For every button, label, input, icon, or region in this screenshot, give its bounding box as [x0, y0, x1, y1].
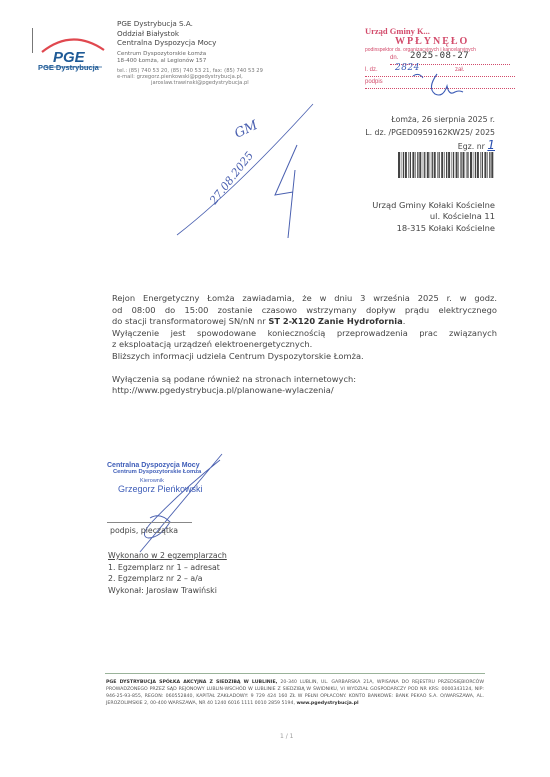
stamp-signature-icon [425, 70, 465, 100]
body-line-1: Rejon Energetyczny Łomża zawiadamia, że … [112, 293, 497, 305]
footer-company: PGE DYSTRYBUCJA SPÓŁKA AKCYJNA Z SIEDZIB… [106, 680, 277, 685]
copy-number: Egz. nr 1 [365, 139, 495, 153]
sender-branch: Oddział Białystok [117, 29, 263, 39]
copies-title: Wykonano w 2 egzemplarzach [108, 550, 227, 562]
copy-item: 1. Egzemplarz nr 1 – adresat [108, 562, 227, 574]
document-meta: Łomża, 26 sierpnia 2025 r. L. dz. /PGED0… [365, 113, 495, 153]
body-line-3-end: . [403, 316, 406, 326]
stamp-date-value: 2025-08-27 [410, 51, 469, 61]
sender-company: PGE Dystrybucja S.A. [117, 19, 263, 29]
signature-line [107, 522, 192, 523]
handwritten-note-icon: GM 27.08.2025 [175, 100, 315, 270]
outage-link[interactable]: http://www.pgedystrybucja.pl/planowane-w… [112, 385, 497, 397]
body-line-3: do stacji transformatorowej SN/nN nr ST … [112, 316, 497, 328]
stamp-sign-label: podpis [365, 79, 383, 85]
page-number: 1 / 1 [280, 733, 293, 740]
svg-text:GM: GM [232, 118, 260, 142]
body-line-7: Wyłączenia są podane również na stronach… [112, 374, 497, 386]
copy-label: Egz. nr [458, 142, 485, 151]
body-line-2: od 08:00 do 15:00 zostanie czasowo wstrz… [112, 305, 497, 317]
handwritten-signature-icon [120, 452, 230, 562]
margin-mark [32, 28, 33, 53]
footer-legal: PGE DYSTRYBUCJA SPÓŁKA AKCYJNA Z SIEDZIB… [106, 679, 484, 707]
stamp-status: WPŁYNĘŁO [395, 36, 540, 47]
footer-divider [105, 673, 485, 674]
stamp-ref-label: l. dz. [365, 67, 378, 73]
footer-site: www.pgedystrybucja.pl [296, 701, 358, 706]
addressee-city: 18-315 Kołaki Kościelne [372, 223, 495, 234]
barcode-icon [398, 152, 494, 178]
stamp-ref-value: 2824 [395, 63, 420, 73]
reference-number: L. dz. /PGED0959162KW25/ 2025 [365, 126, 495, 139]
copy-item: 2. Egzemplarz nr 2 – a/a [108, 573, 227, 585]
addressee-block: Urząd Gminy Kołaki Kościelne ul. Kościel… [372, 200, 495, 234]
logo-subtitle: PGE Dystrybucja [38, 63, 99, 72]
place-date: Łomża, 26 sierpnia 2025 r. [365, 113, 495, 126]
station-name: ST 2-X120 Zanie Hydrofornia [268, 316, 402, 326]
copies-block: Wykonano w 2 egzemplarzach 1. Egzemplarz… [108, 550, 227, 597]
body-line-4: Wyłączenie jest spowodowane konieczności… [112, 328, 497, 340]
body-line-6: Bliższych informacji udziela Centrum Dys… [112, 351, 497, 363]
svg-text:27.08.2025: 27.08.2025 [207, 149, 257, 207]
stamp-date-label: dn. [390, 55, 398, 61]
copy-value: 1 [487, 138, 495, 152]
body-line-3-text: do stacji transformatorowej SN/nN nr [112, 316, 268, 326]
signature-caption: podpis, pieczątka [110, 526, 178, 535]
addressee-street: ul. Kościelna 11 [372, 211, 495, 222]
sender-unit: Centralna Dyspozycja Mocy [117, 38, 263, 48]
sender-email-2: jaroslaw.trawinski@pgedystrybucja.pl [151, 80, 263, 86]
sender-phone: tel.: (85) 740 53 20, (85) 740 53 21, fa… [117, 68, 263, 74]
addressee-name: Urząd Gminy Kołaki Kościelne [372, 200, 495, 211]
stamp-office: Urząd Gminy K... [365, 26, 540, 36]
letter-body: Rejon Energetyczny Łomża zawiadamia, że … [112, 293, 497, 397]
sender-address: 18-400 Łomża, al Legionów 157 [117, 58, 263, 65]
sender-block: PGE Dystrybucja S.A. Oddział Białystok C… [117, 19, 263, 86]
body-line-5: z eksploatacją urządzeń elektroenergetyc… [112, 339, 497, 351]
sender-center: Centrum Dyspozytorskie Łomża [117, 51, 263, 58]
prepared-by: Wykonał: Jarosław Trawiński [108, 585, 227, 597]
